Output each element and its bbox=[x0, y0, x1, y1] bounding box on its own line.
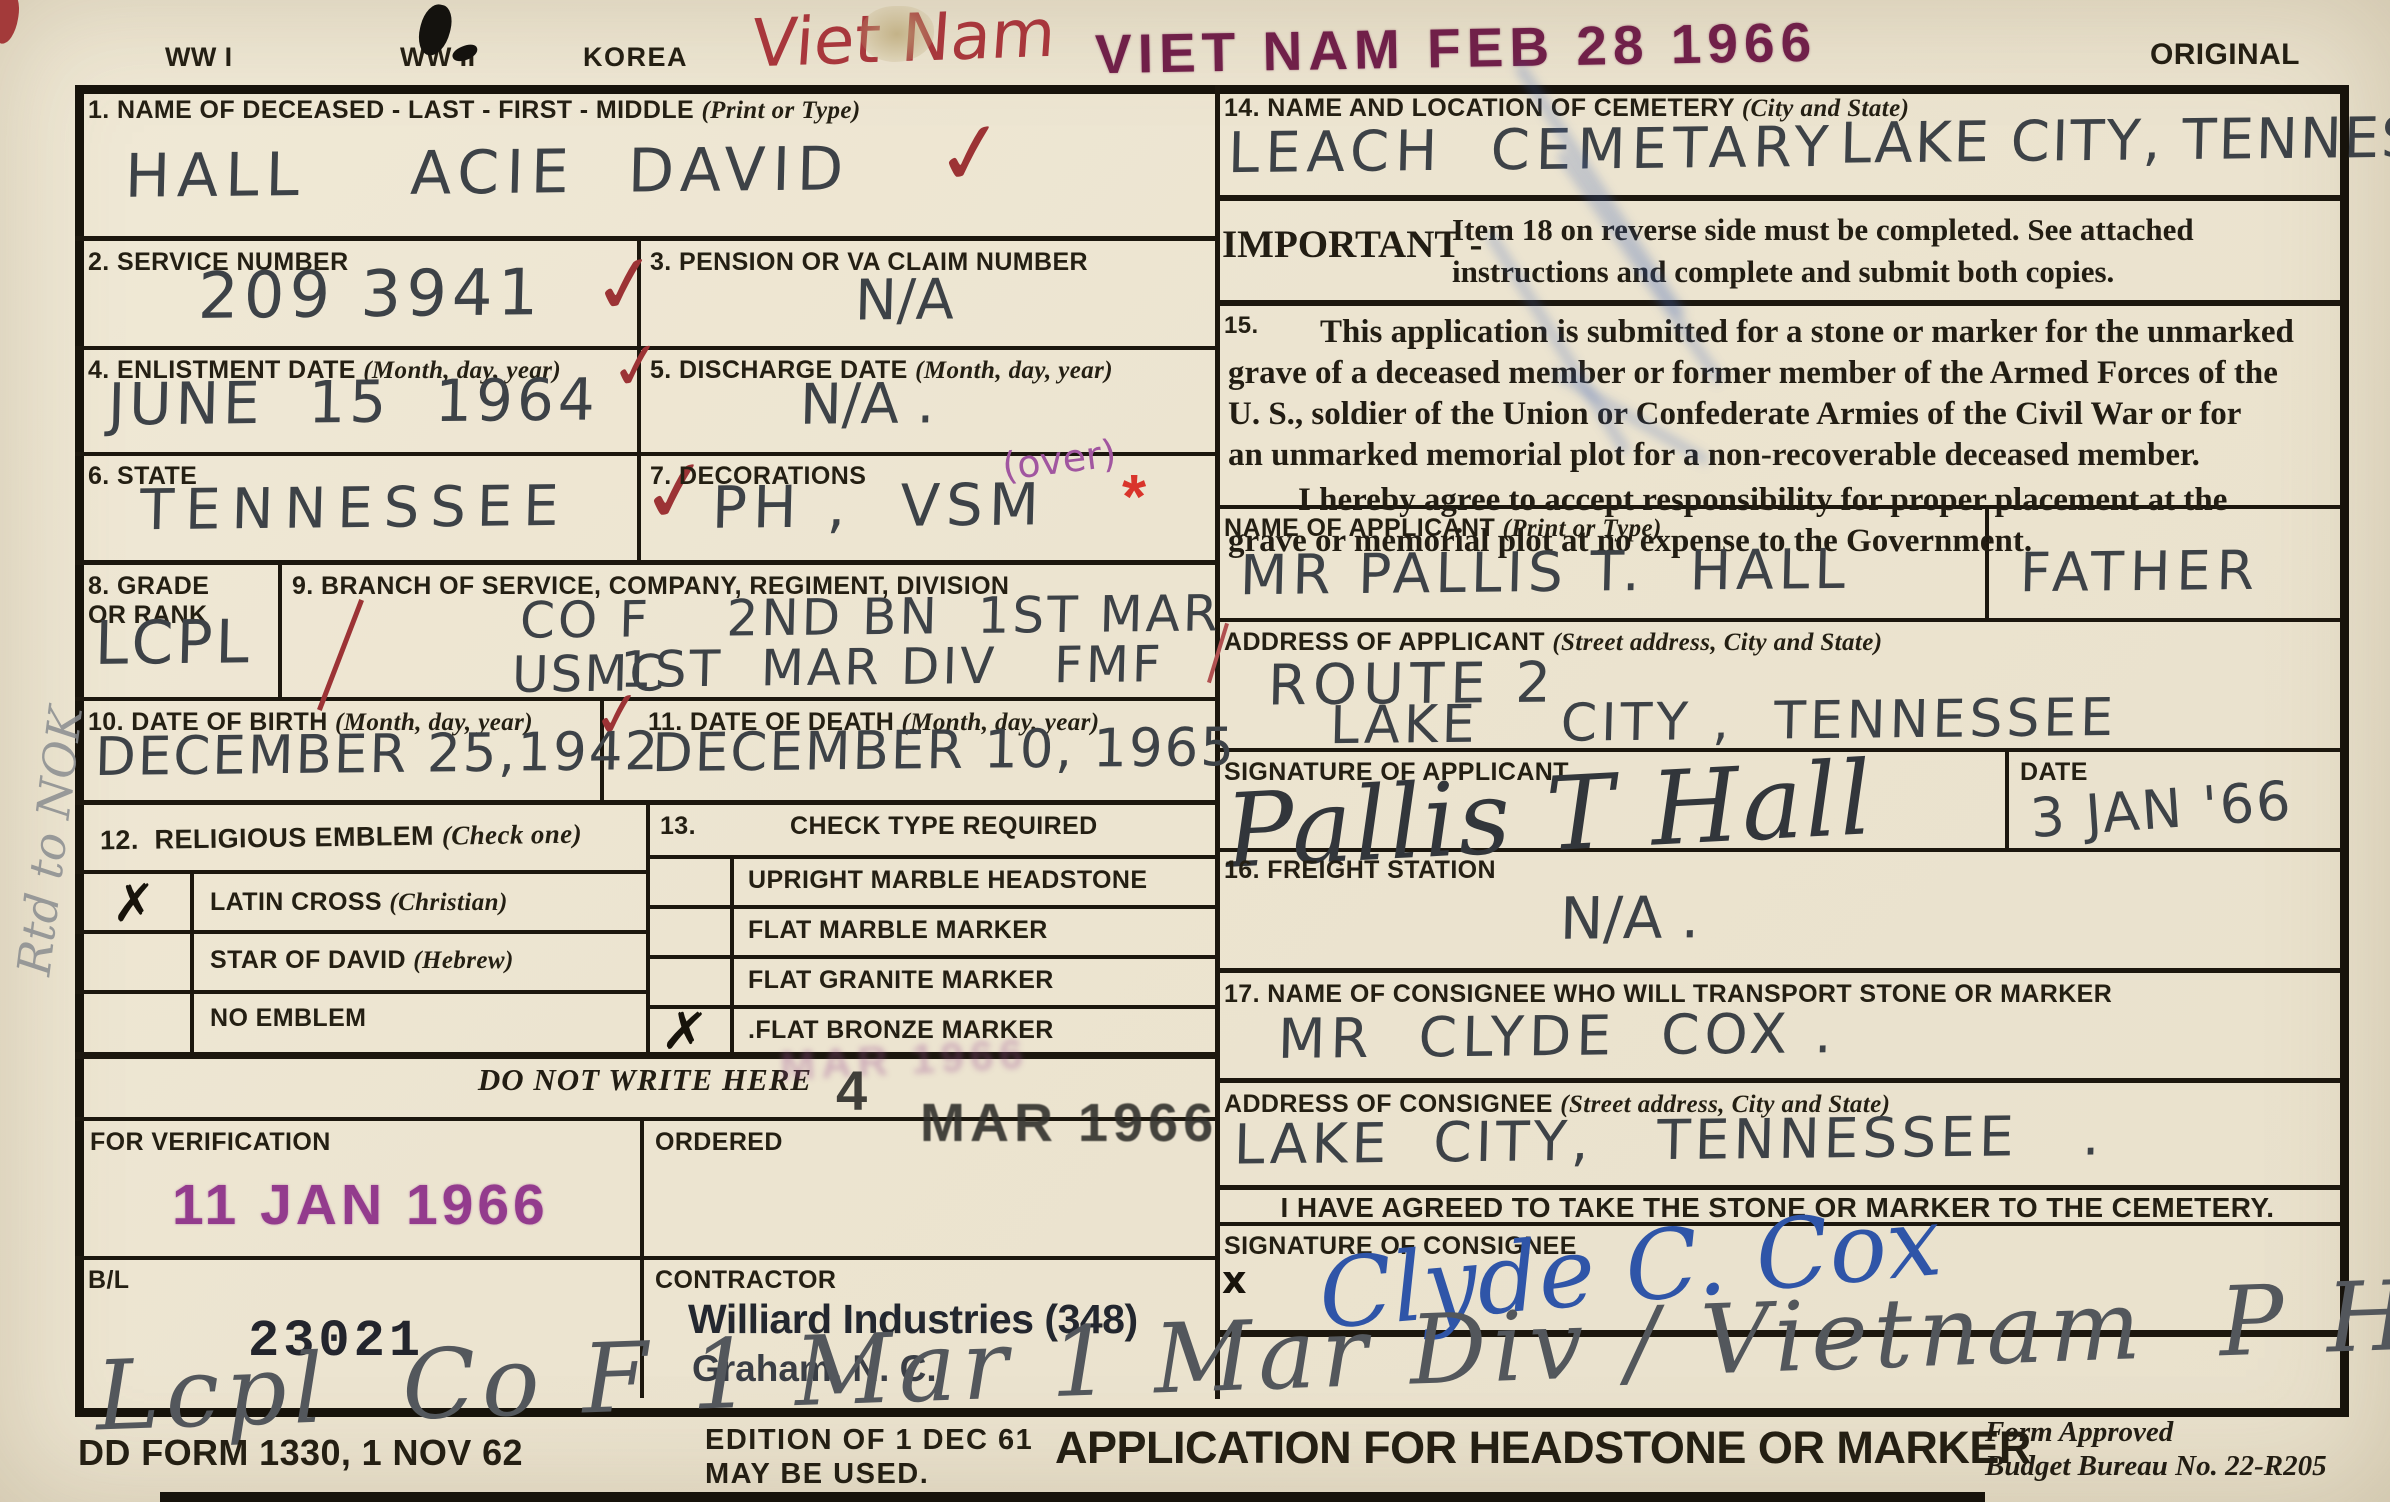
field14-value1: LEACH CEMETARY bbox=[1227, 115, 1835, 186]
important-line2: instructions and complete and submit bot… bbox=[1452, 254, 2114, 290]
field17-value: MR CLYDE COX . bbox=[1277, 1001, 1837, 1071]
contractor-label: CONTRACTOR bbox=[655, 1266, 836, 1295]
edition-note-line1: EDITION OF 1 DEC 61 bbox=[705, 1424, 1033, 1457]
emblem-option-star-of-david: STAR OF DAVID (Hebrew) bbox=[210, 946, 514, 975]
field2-value: 209 3941 bbox=[197, 256, 544, 334]
red-checkmark: ✓ bbox=[633, 437, 718, 546]
emblem-checkbox-mark: ✗ bbox=[112, 874, 156, 934]
signature-x-mark: x bbox=[1222, 1258, 1247, 1302]
emblem-option-latin-cross: LATIN CROSS (Christian) bbox=[210, 888, 508, 917]
field8-value: LCPL bbox=[94, 607, 253, 679]
type-option-upright-marble: UPRIGHT MARBLE HEADSTONE bbox=[748, 866, 1147, 895]
field7-value: PH , VSM bbox=[711, 470, 1046, 542]
edition-note-line2: MAY BE USED. bbox=[705, 1458, 929, 1491]
important-line1: Item 18 on reverse side must be complete… bbox=[1452, 212, 2194, 248]
red-checkmark: ✓ bbox=[587, 675, 649, 755]
field1-value: HALL ACIE DAVID bbox=[124, 134, 851, 212]
ordered-stamp-date: MAR 1966 bbox=[920, 1092, 1218, 1154]
field15-paragraph1: This application is submitted for a ston… bbox=[1250, 312, 2330, 476]
vietnam-date-stamp: VIET NAM FEB 28 1966 bbox=[1094, 10, 1817, 87]
bl-label: B/L bbox=[88, 1266, 129, 1295]
field4-value: JUNE 15 1964 bbox=[107, 365, 599, 438]
field9-line2: 1ST MAR DIV FMF bbox=[619, 635, 1164, 699]
field11-value: DECEMBER 10, 1965 bbox=[651, 717, 1237, 784]
field13-number: 13. bbox=[660, 812, 696, 841]
scan-edge-bar bbox=[160, 1492, 1985, 1502]
red-asterisk: * bbox=[1122, 462, 1146, 533]
type-option-flat-marble: FLAT MARBLE MARKER bbox=[748, 916, 1048, 945]
field3-value: N/A bbox=[854, 267, 955, 333]
red-checkmark: ✓ bbox=[928, 99, 1013, 208]
red-edge-mark bbox=[0, 0, 22, 46]
field6-value: TENNESSEE bbox=[139, 474, 570, 544]
ordered-label: ORDERED bbox=[655, 1128, 783, 1157]
korea-label: KOREA bbox=[583, 42, 688, 73]
field13-label: CHECK TYPE REQUIRED bbox=[790, 812, 1098, 841]
approval-line1: Form Approved bbox=[1985, 1416, 2173, 1449]
field16-label: 16. FREIGHT STATION bbox=[1224, 856, 1496, 885]
field10-value: DECEMBER 25,1942 bbox=[94, 721, 661, 788]
form-title: APPLICATION FOR HEADSTONE OR MARKER bbox=[1055, 1422, 2031, 1474]
ordered-stamp-day: 4 bbox=[836, 1058, 867, 1123]
type-checkbox-mark: ✗ bbox=[659, 998, 711, 1065]
original-label: ORIGINAL bbox=[2150, 38, 2300, 72]
important-label: IMPORTANT - bbox=[1222, 222, 1482, 267]
form-id: DD FORM 1330, 1 NOV 62 bbox=[78, 1432, 523, 1474]
for-verification-label: FOR VERIFICATION bbox=[90, 1128, 331, 1157]
relationship-value: FATHER bbox=[2019, 539, 2261, 605]
ww1-label: WW I bbox=[165, 42, 233, 73]
field5-value: N/A . bbox=[799, 371, 935, 437]
consignee-address-value: LAKE CITY, TENNESSEE . bbox=[1233, 1103, 2104, 1176]
date-label: DATE bbox=[2020, 758, 2088, 787]
verification-date-stamp: 11 JAN 1966 bbox=[172, 1172, 549, 1238]
type-option-flat-granite: FLAT GRANITE MARKER bbox=[748, 966, 1054, 995]
scanned-form-page: WW I WW II KOREA Viet Nam VIET NAM FEB 2… bbox=[0, 0, 2390, 1502]
emblem-option-no-emblem: NO EMBLEM bbox=[210, 1004, 366, 1033]
approval-line2: Budget Bureau No. 22-R205 bbox=[1985, 1450, 2327, 1483]
field16-value: N/A . bbox=[1559, 883, 1700, 952]
field14-value2: LAKE CITY, TENNESSEE bbox=[1839, 104, 2390, 176]
applicant-name-value: MR PALLIS T. HALL bbox=[1239, 537, 1851, 607]
field1-label: 1. NAME OF DECEASED - LAST - FIRST - MID… bbox=[88, 96, 861, 125]
